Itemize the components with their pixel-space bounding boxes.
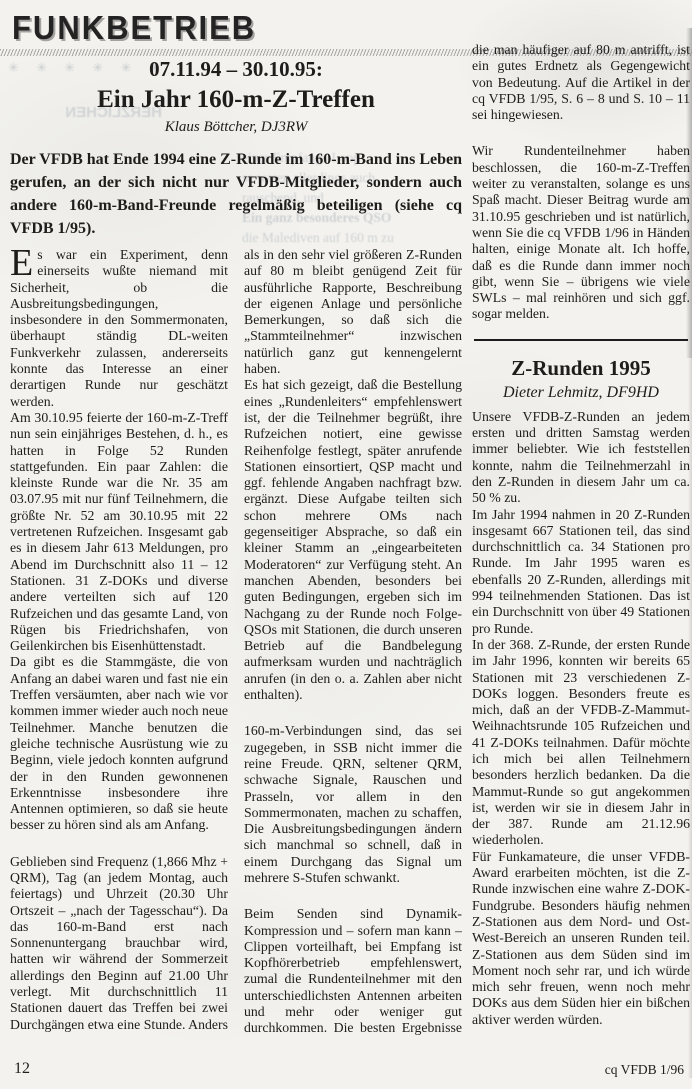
journal-issue-reference: cq VFDB 1/96 xyxy=(605,1062,684,1078)
article-lead-paragraph: Der VFDB hat Ende 1994 eine Z-Runde im 1… xyxy=(10,148,462,240)
paragraph: Unsere VFDB-Z-Runden an jedem ersten und… xyxy=(472,409,690,507)
article2-byline: Dieter Lehmitz, DF9HD xyxy=(472,382,690,403)
paragraph: Es war ein Experiment, denn einerseits w… xyxy=(10,247,228,410)
article-z-runden-1995: Z-Runden 1995 Dieter Lehmitz, DF9HD Unse… xyxy=(472,355,690,1028)
paragraph-continuation: die man häufiger auf 80 m antrifft, ist … xyxy=(472,42,690,123)
paragraph: In der 368. Z-Runde, der ersten Runde im… xyxy=(472,637,690,849)
section-masthead: FUNKBETRIEB xyxy=(12,9,256,48)
paragraph: 160-m-Verbindungen sind, das sei zugegeb… xyxy=(244,723,462,886)
right-column: die man häufiger auf 80 m antrifft, ist … xyxy=(472,42,690,1028)
paragraph: Wir Rundenteilnehmer haben beschlossen, … xyxy=(472,143,690,322)
paragraph: Da gibt es die Stammgäste, die von Anfan… xyxy=(10,654,228,833)
article-160m-z-treffen: 07.11.94 – 30.10.95: Ein Jahr 160-m-Z-Tr… xyxy=(10,56,462,1045)
paragraph: Am 30.10.95 feierte der 160-m-Z-Treff nu… xyxy=(10,410,228,654)
paragraph: Für Funkamateure, die unser VFDB-Award e… xyxy=(472,849,690,1028)
article-divider-rule xyxy=(474,339,688,341)
magazine-page: ✳ ✳ ✳ ✳ ✳ ✳ HERZLICHEN einer Empfangs-Lo… xyxy=(0,0,692,1089)
article-body-two-columns: Es war ein Experiment, denn einerseits w… xyxy=(10,247,462,1045)
paragraph: Im Jahr 1994 nahmen in 20 Z-Runden insge… xyxy=(472,507,690,637)
article-byline: Klaus Böttcher, DJ3RW xyxy=(10,117,462,138)
article2-title: Z-Runden 1995 xyxy=(472,355,690,381)
paragraph: Es hat sich gezeigt, daß die Bestellung … xyxy=(244,377,462,703)
drop-cap: E xyxy=(10,247,37,278)
paragraph-text: s war ein Experiment, denn einerseits wu… xyxy=(10,247,228,409)
article-title-date-range: 07.11.94 – 30.10.95: xyxy=(10,56,462,82)
page-number: 12 xyxy=(14,1060,30,1078)
article-title: Ein Jahr 160-m-Z-Treffen xyxy=(10,84,462,115)
